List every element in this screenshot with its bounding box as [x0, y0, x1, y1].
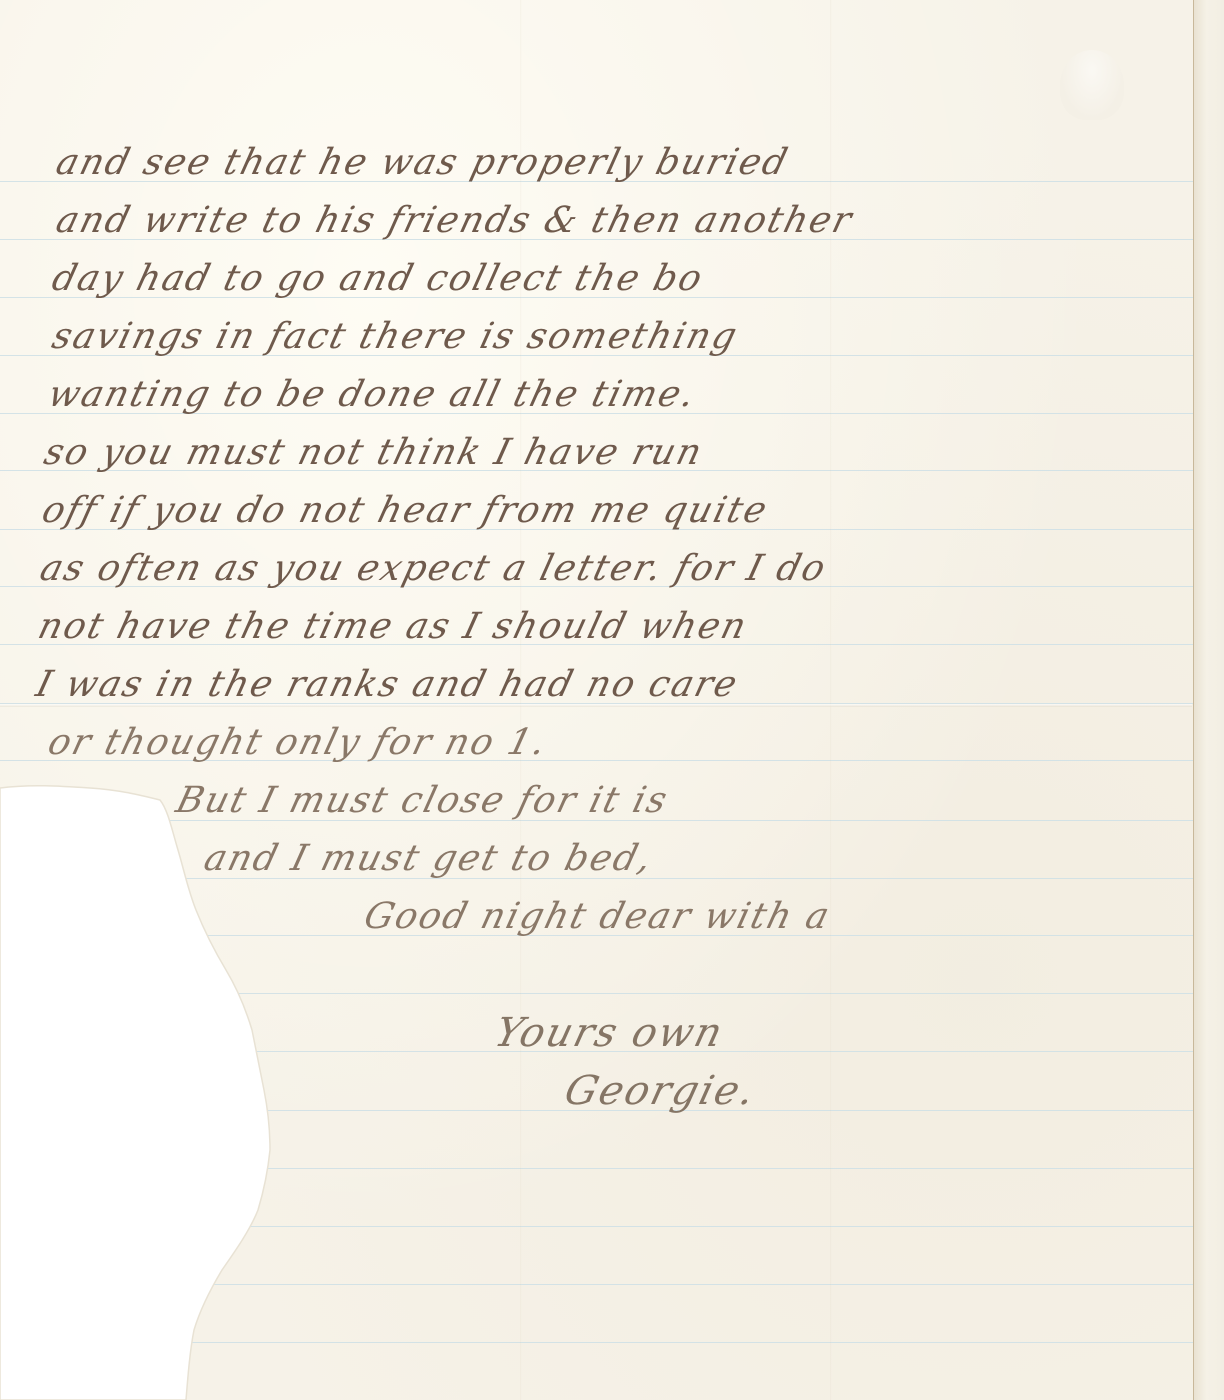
- letter-line: wanting to be done all the time.: [44, 374, 701, 415]
- letter-line: or thought only for no 1.: [44, 722, 552, 763]
- rule-line: [0, 1168, 1224, 1169]
- signature: Georgie.: [560, 1068, 761, 1114]
- page-edge-fold: [1193, 0, 1224, 1400]
- letter-page: and see that he was properly buried and …: [0, 0, 1224, 1400]
- letter-line: savings in fact there is something: [48, 316, 743, 357]
- valediction: Yours own: [490, 1010, 729, 1056]
- rule-line: [0, 1226, 1224, 1227]
- letter-line: so you must not think I have run: [40, 432, 708, 473]
- letter-line: day had to go and collect the bo: [48, 258, 708, 299]
- paper-emboss-mark: [1060, 50, 1124, 120]
- letter-line: as often as you expect a letter. for I d…: [36, 548, 831, 589]
- rule-line: [0, 1284, 1224, 1285]
- letter-line: I was in the ranks and had no care: [32, 664, 743, 705]
- letter-line: not have the time as I should when: [34, 606, 752, 647]
- letter-line: and I must get to bed,: [200, 838, 657, 879]
- letter-line: Good night dear with a: [360, 896, 835, 937]
- letter-line: and see that he was properly buried: [52, 142, 793, 183]
- letter-line: off if you do not hear from me quite: [38, 490, 773, 531]
- rule-line: [0, 1342, 1224, 1343]
- letter-line: and write to his friends & then another: [52, 200, 857, 241]
- letter-line: But I must close for it is: [172, 780, 673, 821]
- rule-line: [0, 993, 1224, 994]
